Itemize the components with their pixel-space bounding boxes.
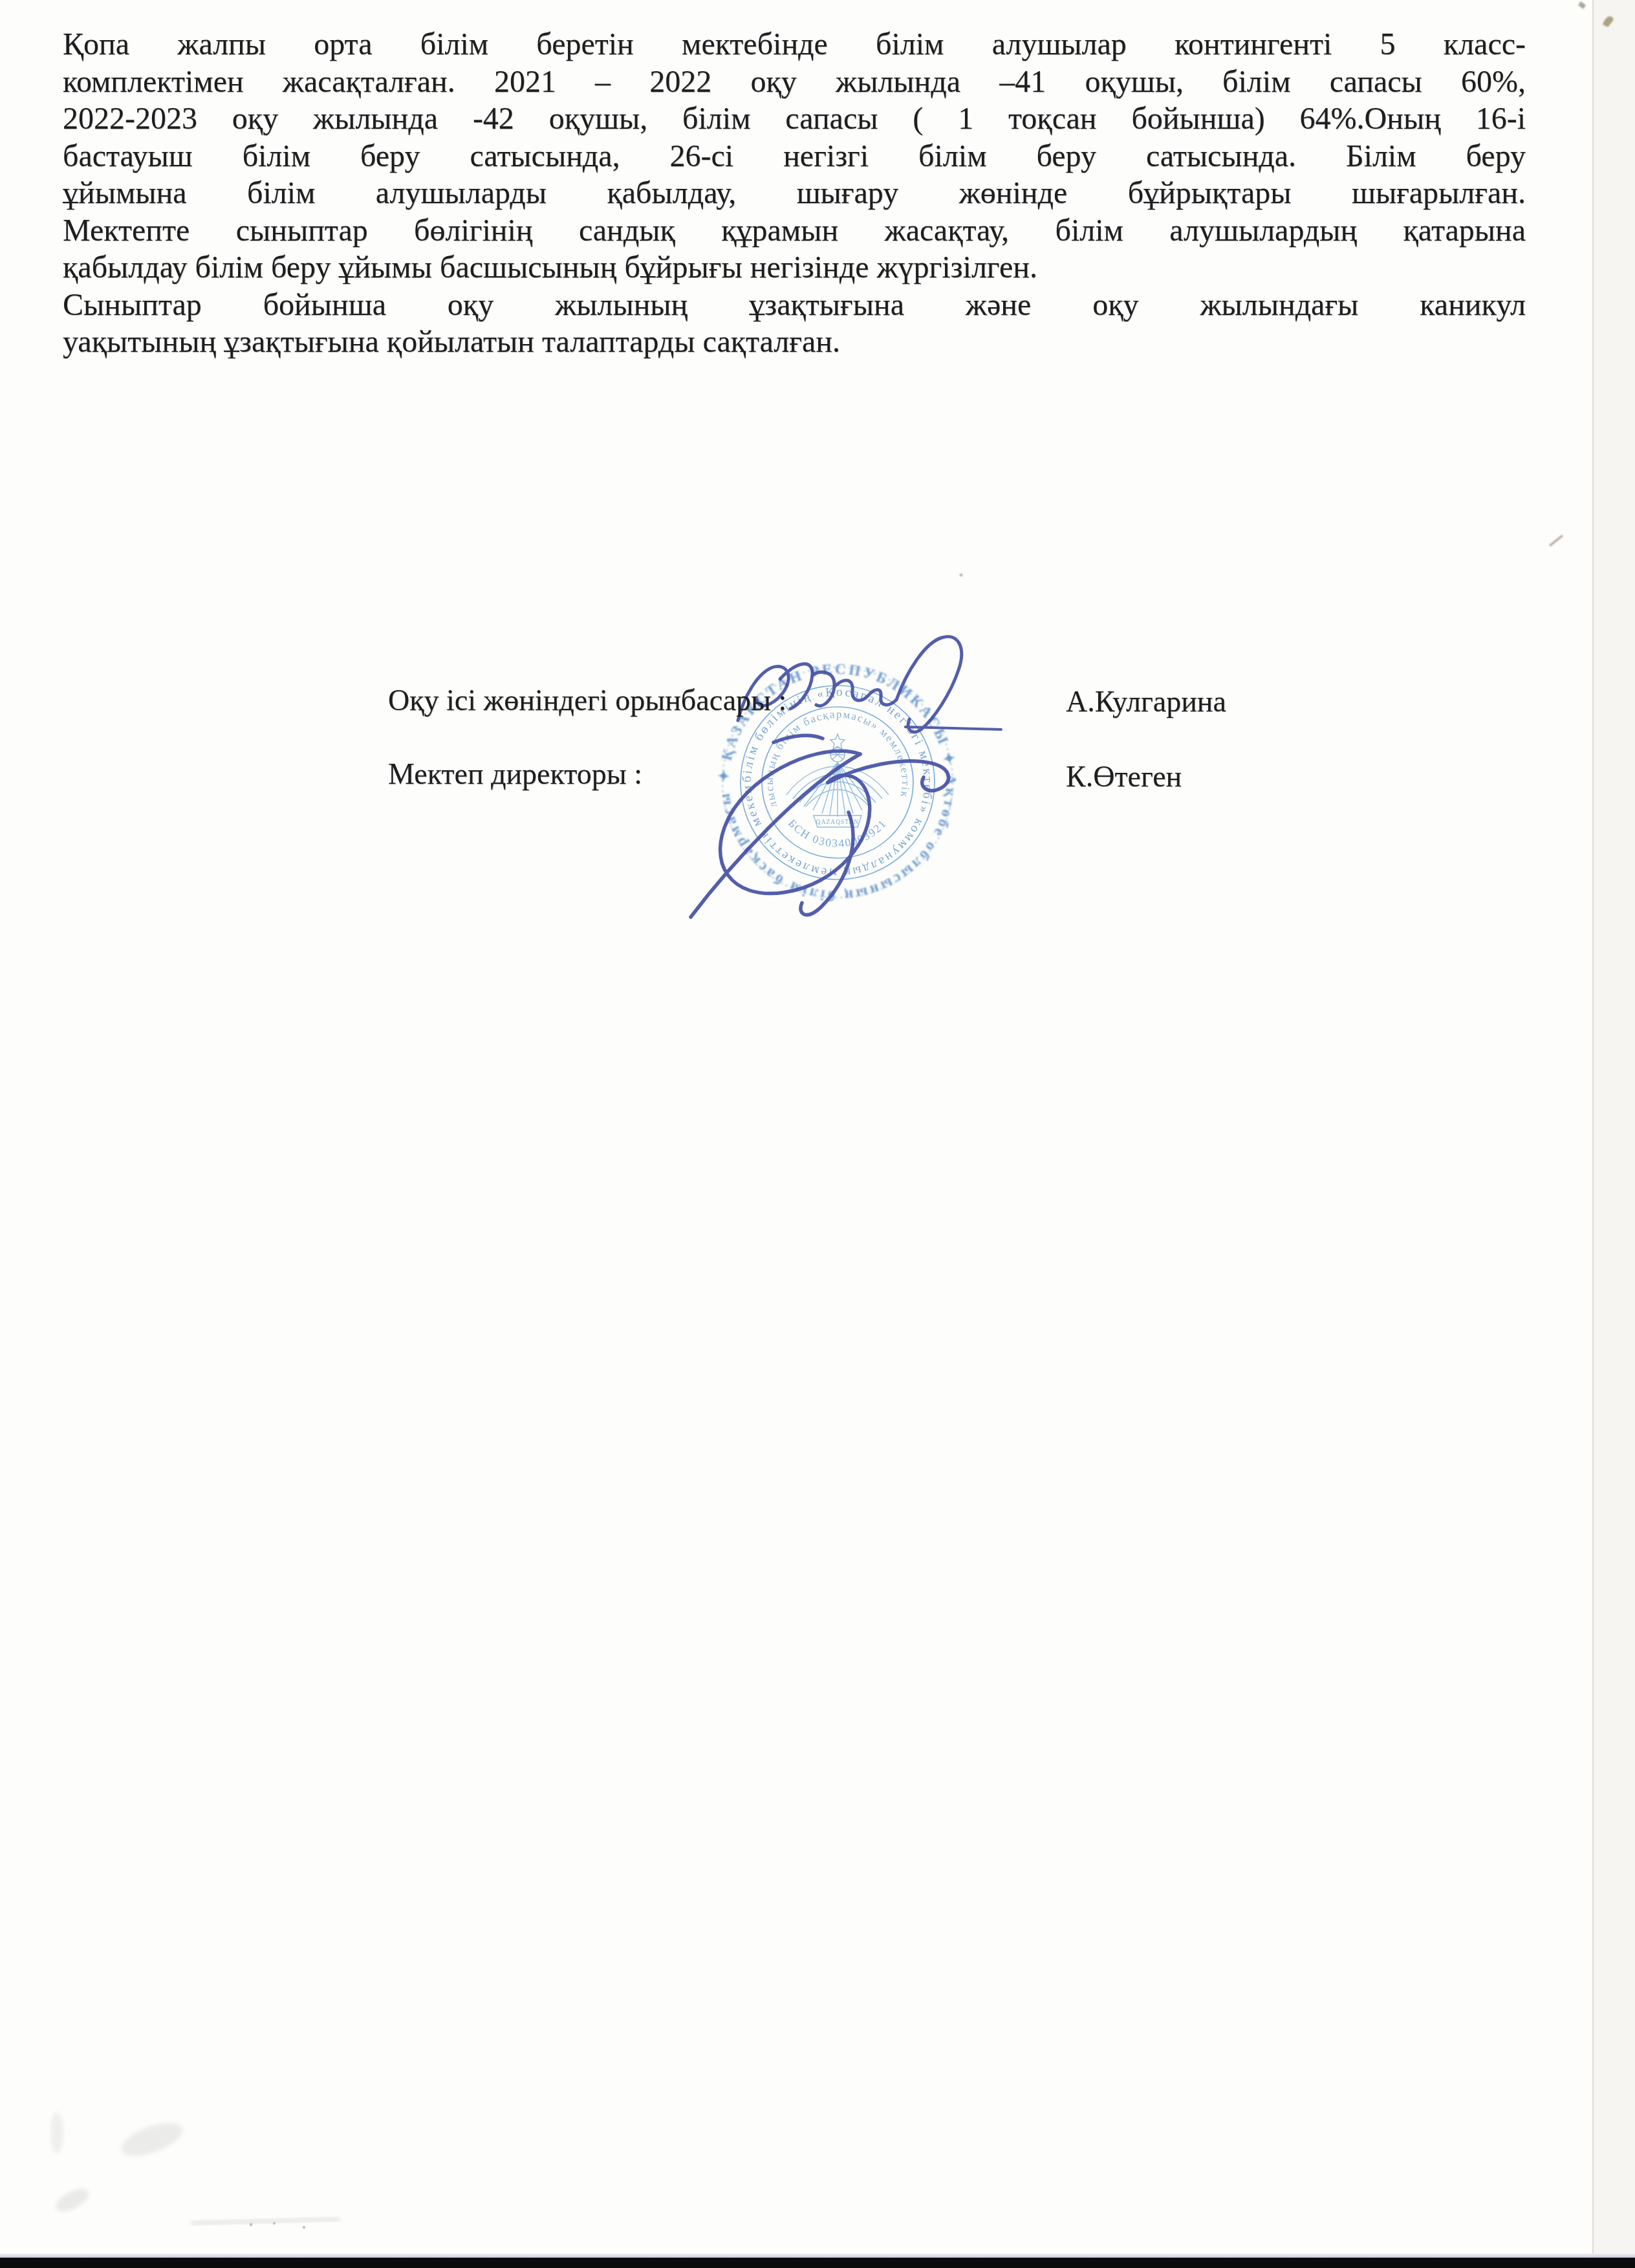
smudge: [117, 2116, 187, 2163]
emblem-right-wing: [838, 766, 889, 806]
paper-speck: [959, 573, 962, 576]
page: Қопа жалпы орта білім беретін мектебінде…: [0, 0, 1635, 2268]
paper-speck: [250, 2223, 253, 2227]
scanned-document-page: { "doc": { "lines": [ "Қопа жалпы орта б…: [0, 0, 1635, 2268]
text-line: ұйымына білім алушыларды қабылдау, шығар…: [63, 175, 1526, 212]
document-text-block: Қопа жалпы орта білім беретін мектебінде…: [63, 26, 1526, 361]
smudge: [50, 2112, 63, 2154]
text-line: қабылдау білім беру ұйымы басшысының бұй…: [63, 249, 1526, 286]
scanner-fold-line: [1592, 0, 1594, 2268]
scanner-right-margin: [1594, 0, 1635, 2268]
text-line: бастауыш білім беру сатысында, 26-сі нег…: [63, 138, 1526, 175]
paper-speck: [303, 2226, 305, 2229]
emblem-left-wing: [786, 766, 837, 806]
kazakhstan-emblem: [786, 734, 889, 827]
deputy-signature-label: Оқу ісі жөніндегі орынбасары :: [388, 683, 786, 717]
text-line: Мектепте сыныптар бөлігінің сандық құрам…: [63, 212, 1526, 250]
paper-speck: [1578, 1, 1586, 9]
director-signature-label: Мектеп директоры :: [388, 757, 642, 791]
director-name: К.Өтеген: [1066, 759, 1182, 794]
text-line: Қопа жалпы орта білім беретін мектебінде…: [63, 26, 1526, 63]
smudge: [52, 2184, 92, 2216]
emblem-banner-text: QAZAQSTAN: [816, 819, 859, 826]
text-line: Сыныптар бойынша оқу жылының ұзақтығына …: [63, 286, 1526, 324]
scanner-edge-bar: [0, 2258, 1635, 2268]
pen-mark: [1550, 535, 1563, 546]
smudge-streak: [191, 2217, 340, 2225]
deputy-name: А.Кулгарина: [1066, 684, 1226, 718]
text-line: комплектімен жасақталған. 2021 – 2022 оқ…: [63, 63, 1526, 101]
text-line: уақытының ұзақтығына қойылатын талаптард…: [63, 323, 1526, 361]
text-line: 2022-2023 оқу жылында -42 оқушы, білім с…: [63, 100, 1526, 138]
paper-speck: [273, 2222, 276, 2225]
